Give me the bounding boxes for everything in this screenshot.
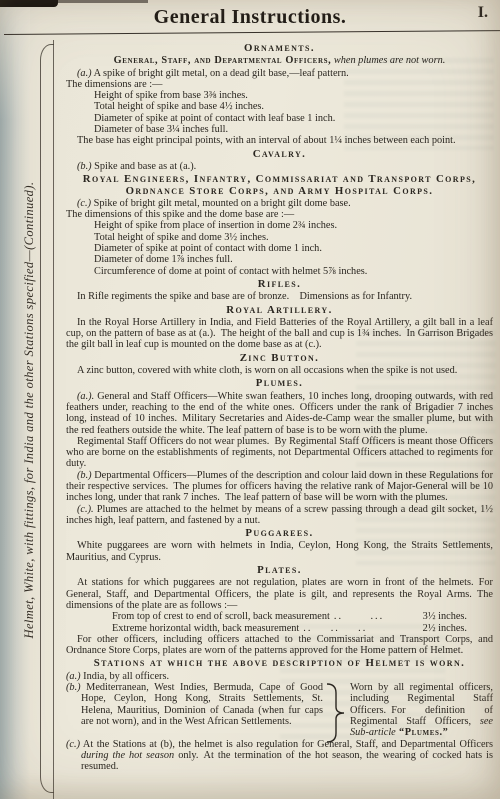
- stations-b-note: Worn by all regimental officers, includi…: [349, 682, 493, 738]
- section-heading-cavalry: Cavalry.: [66, 149, 493, 160]
- paragraph-plumes-b: (b.) Departmental Officers—Plumes of the…: [66, 470, 493, 504]
- page-number: I.: [478, 4, 488, 22]
- item-text: Mediterranean, West Indies, Bermuda, Cap…: [81, 682, 323, 727]
- item-label: (a.): [66, 671, 81, 682]
- dimensions-intro: The dimensions of this spike and the dom…: [66, 209, 493, 220]
- item-label: (b.): [66, 682, 81, 693]
- paragraph-plates-outro: For other officers, including officers a…: [66, 634, 493, 657]
- leader-dots: .. .. ..: [299, 623, 422, 634]
- item-label: (b.): [77, 161, 92, 172]
- item-label: (c.).: [77, 504, 94, 515]
- officers-label: General, Staff, and Departmental Officer…: [114, 55, 332, 66]
- measurement-value: 2½ inches.: [423, 623, 493, 634]
- corps-heading-line1: Royal Engineers, Infantry, Commissariat …: [83, 173, 476, 185]
- page-content: Ornaments. General, Staff, and Departmen…: [66, 41, 493, 772]
- item-text: Spike and base as at (a.).: [92, 161, 197, 172]
- section-heading-stations: Stations at which the above description …: [66, 658, 493, 669]
- paragraph-royal-artillery: In the Royal Horse Artillery in India, a…: [66, 317, 493, 351]
- section-heading-ornaments: Ornaments.: [66, 43, 493, 54]
- item-text: India, by all officers.: [81, 671, 169, 682]
- page-title: General Instructions.: [0, 6, 500, 29]
- note-text: Worn by all regimental officers, includi…: [350, 682, 493, 727]
- dimension-line: Diameter of base 3¼ inches full.: [66, 124, 493, 135]
- paragraph-ornaments-a: (a.) A spike of bright gilt metal, on a …: [66, 68, 493, 79]
- item-text: Spike of bright gilt metal, mounted on a…: [91, 198, 351, 209]
- item-label: (b.): [77, 470, 92, 481]
- margin-note-vertical: Helmet, White, with fittings, for India …: [22, 120, 38, 700]
- paragraph-plates-intro: At stations for which puggarees are not …: [66, 577, 493, 611]
- section-heading-zinc-button: Zinc Button.: [66, 353, 493, 364]
- scanned-document-page: General Instructions. I. Helmet, White, …: [0, 0, 500, 799]
- leader-dots: .. ...: [330, 611, 423, 622]
- item-label: (a.).: [77, 391, 94, 402]
- dimension-line: Total height of spike and dome 3½ inches…: [66, 232, 493, 243]
- section-heading-rifles: Rifles.: [66, 279, 493, 290]
- paragraph-plumes-regimental: Regimental Staff Officers do not wear pl…: [66, 436, 493, 470]
- paragraph-cavalry-b: (b.) Spike and base as at (a.).: [66, 161, 493, 172]
- section-heading-plumes: Plumes.: [66, 378, 493, 389]
- officers-condition: when plumes are not worn.: [331, 55, 445, 66]
- section-heading-plates: Plates.: [66, 565, 493, 576]
- dimension-line: Height of spike from base 3⅜ inches.: [66, 90, 493, 101]
- item-text: Plumes are attached to the helmet by mea…: [66, 504, 493, 526]
- margin-rule: [53, 40, 54, 799]
- note-small-caps: “Plumes.”: [396, 727, 449, 738]
- item-text: General and Staff Officers—White swan fe…: [66, 391, 493, 436]
- measurement-row: From top of crest to end of scroll, back…: [66, 611, 493, 622]
- item-label: (c.): [66, 739, 80, 750]
- paragraph-stations-c: (c.) At the Stations at (b), the helmet …: [66, 739, 493, 773]
- dimension-line: Height of spike from place of insertion …: [66, 220, 493, 231]
- dimension-line: Diameter of spike at point of contact wi…: [66, 243, 493, 254]
- paragraph-puggarees: White puggarees are worn with helmets in…: [66, 540, 493, 563]
- measurement-value: 3½ inches.: [423, 611, 493, 622]
- item-text-italic: during the hot season: [81, 750, 174, 761]
- margin-bracket: [40, 44, 54, 793]
- paragraph-zinc-button: A zinc button, covered with white cloth,…: [66, 365, 493, 376]
- corps-heading-line2: Ordnance Store Corps, and Army Hospital …: [126, 185, 434, 197]
- measurement-row: Extreme horizontal width, back measureme…: [66, 623, 493, 634]
- header-rule: [4, 30, 500, 35]
- measurement-label: Extreme horizontal width, back measureme…: [112, 623, 299, 634]
- brace-icon: [323, 682, 349, 738]
- dimension-line: Total height of spike and base 4½ inches…: [66, 101, 493, 112]
- item-text: At the Stations at (b), the helmet is al…: [80, 739, 493, 750]
- dimension-line: Circumference of dome at point of contac…: [66, 266, 493, 277]
- section-heading-puggarees: Puggarees.: [66, 528, 493, 539]
- paragraph-plumes-a: (a.). General and Staff Officers—White s…: [66, 391, 493, 436]
- measurement-label: From top of crest to end of scroll, back…: [112, 611, 330, 622]
- paragraph-base-note: The base has eight principal points, wit…: [66, 135, 493, 146]
- section-heading-royal-artillery: Royal Artillery.: [66, 305, 493, 316]
- ornaments-subheading: General, Staff, and Departmental Officer…: [66, 55, 493, 66]
- paragraph-corps-c: (c.) Spike of bright gilt metal, mounted…: [66, 198, 493, 209]
- scan-edge-artifact: [56, 0, 148, 3]
- dimensions-intro: The dimensions are :—: [66, 79, 493, 90]
- item-text: Departmental Officers—Plumes of the desc…: [66, 470, 493, 504]
- paragraph-plumes-c: (c.). Plumes are attached to the helmet …: [66, 504, 493, 527]
- stations-b-row: (b.) Mediterranean, West Indies, Bermuda…: [66, 682, 493, 738]
- item-label: (a.): [77, 68, 92, 79]
- dimension-line: Diameter of spike at point of contact wi…: [66, 113, 493, 124]
- item-label: (c.): [77, 198, 91, 209]
- dimension-line: Diameter of dome 1⅞ inches full.: [66, 254, 493, 265]
- paragraph-rifles: In Rifle regiments the spike and base ar…: [66, 291, 493, 302]
- stations-b-list: (b.) Mediterranean, West Indies, Bermuda…: [66, 682, 323, 738]
- section-heading-corps: Royal Engineers, Infantry, Commissariat …: [66, 174, 493, 197]
- item-text: A spike of bright gilt metal, on a dead …: [92, 68, 349, 79]
- paragraph-stations-a: (a.) India, by all officers.: [66, 671, 493, 682]
